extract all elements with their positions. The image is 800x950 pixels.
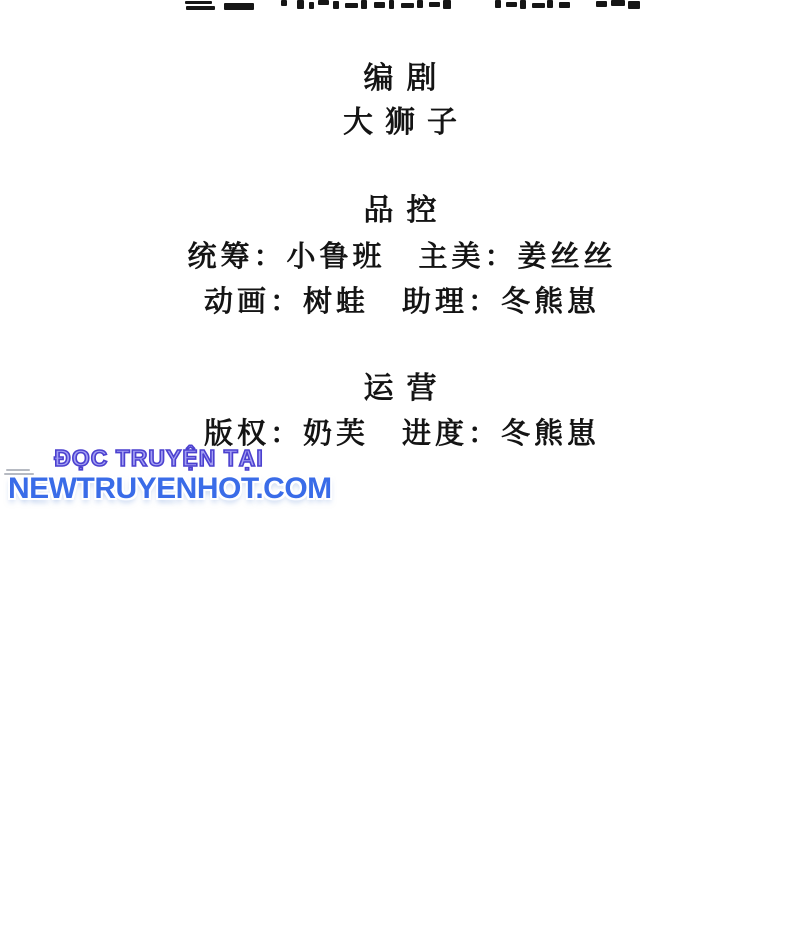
glyph-fragment (318, 0, 329, 5)
glyph-fragment (417, 0, 423, 8)
glyph-fragment (389, 0, 394, 9)
glyph-fragment (224, 3, 254, 10)
glyph-fragment (506, 2, 517, 7)
section-heading-operations: 运营 (0, 372, 800, 407)
section-heading-quality-control: 品控 (0, 194, 800, 229)
page-container: 编剧 大狮子 品控 统筹：小鲁班 主美：姜丝丝 动画：树蛙 助理：冬熊崽 运营 … (0, 0, 800, 950)
glyph-fragment (361, 0, 367, 9)
glyph-fragment (628, 1, 640, 9)
glyph-fragment (281, 0, 287, 6)
screenwriter-name: 大狮子 (0, 106, 800, 141)
glyph-fragment (429, 2, 440, 7)
glyph-fragment (297, 0, 304, 9)
glyph-fragment (186, 6, 215, 10)
smudge-line (4, 473, 34, 475)
credit-line-animation-assistant: 动画：树蛙 助理：冬熊崽 (0, 285, 800, 318)
glyph-fragment (596, 1, 607, 7)
site-watermark: ĐỌC TRUYỆN TẠI NEWTRUYENHOT.COM (8, 444, 310, 506)
glyph-fragment (401, 3, 414, 8)
watermark-site-name: NEWTRUYENHOT.COM (8, 472, 310, 506)
glyph-fragment (611, 0, 625, 6)
glyph-fragment (309, 2, 314, 9)
clipped-header-text (0, 0, 800, 12)
glyph-fragment (374, 2, 385, 8)
glyph-fragment (443, 0, 451, 9)
glyph-fragment (532, 3, 545, 8)
glyph-fragment (547, 0, 553, 8)
glyph-fragment (333, 1, 339, 9)
glyph-fragment (559, 2, 570, 8)
smudge-line (6, 469, 30, 471)
glyph-fragment (185, 1, 212, 4)
glyph-fragment (520, 0, 526, 9)
glyph-fragment (495, 0, 501, 8)
watermark-tagline: ĐỌC TRUYỆN TẠI (8, 444, 310, 473)
section-heading-screenwriter: 编剧 (0, 62, 800, 97)
glyph-fragment (345, 3, 358, 8)
credit-line-coordinator-artdirector: 统筹：小鲁班 主美：姜丝丝 (0, 240, 800, 273)
